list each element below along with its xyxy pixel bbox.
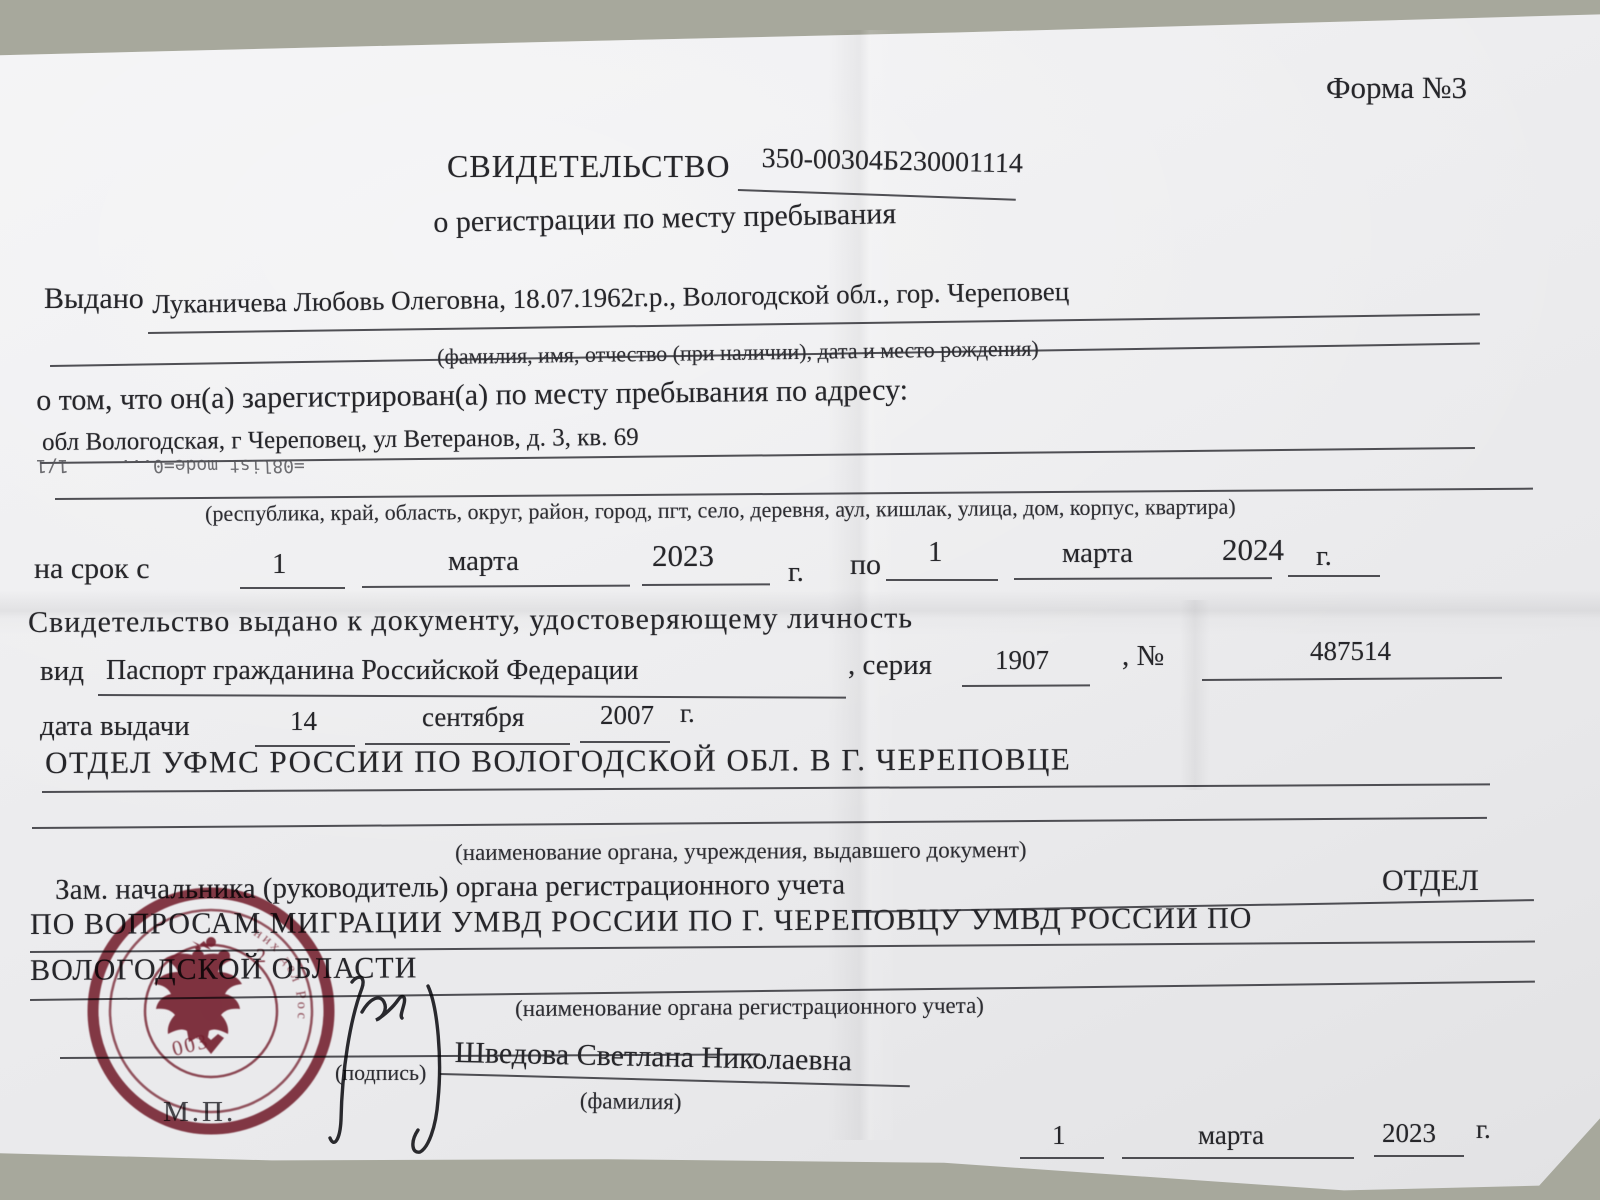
photo-background: Форма №3 СВИДЕТЕЛЬСТВО 350-00304Б2300011… (0, 0, 1600, 1200)
stamp-digit: 2 (256, 945, 266, 967)
blank-line (886, 578, 998, 581)
period-from-month: марта (448, 545, 519, 578)
stamp-code: 003 (169, 1028, 211, 1060)
period-to-month: марта (1062, 537, 1133, 570)
period-to-year: 2024 (1222, 532, 1284, 568)
blank-line (1122, 1156, 1354, 1159)
handwritten-signature (300, 950, 500, 1180)
issued-to-label: Выдано (44, 282, 144, 316)
doc-number-label: , № (1122, 640, 1164, 673)
issuing-authority: ОТДЕЛ УФМС РОССИИ ПО ВОЛОГОДСКОЙ ОБЛ. В … (45, 741, 1071, 781)
doc-series-label: , серия (848, 649, 932, 682)
identity-statement: Свидетельство выдано к документу, удосто… (28, 601, 913, 640)
period-to-year-suffix: г. (1316, 540, 1332, 573)
period-from-label: на срок с (34, 552, 150, 586)
printer-artifact-text: =08list mode=0... (120, 455, 305, 476)
period-to-label: по (850, 548, 881, 582)
official-name-caption: (фамилия) (580, 1088, 682, 1115)
printer-artifact: =08list mode=0... 1/1 (36, 455, 305, 476)
issue-year: 2007 (600, 700, 654, 731)
document-title: СВИДЕТЕЛЬСТВО (447, 148, 730, 185)
period-from-day: 1 (272, 548, 287, 581)
signature-stroke (330, 977, 363, 1142)
bottom-date-year: 2023 (1382, 1118, 1436, 1149)
period-from-year: 2023 (652, 538, 714, 574)
signature-stroke (362, 997, 405, 1020)
doc-kind-label: вид (40, 655, 84, 688)
page-marker: 1/1 (36, 455, 69, 476)
signature-stroke (413, 986, 440, 1152)
issue-month: сентября (422, 702, 524, 733)
reg-authority-caption: (наименование органа регистрационного уч… (515, 993, 984, 1022)
blank-line (1020, 1156, 1104, 1159)
certificate-number: 350-00304Б230001114 (761, 143, 1023, 180)
issuing-authority-caption: (наименование органа, учреждения, выдавш… (455, 837, 1027, 866)
doc-kind-value: Паспорт гражданина Российской Федерации (106, 655, 638, 687)
doc-number-value: 487514 (1310, 636, 1391, 667)
blank-line (240, 586, 345, 589)
small-crease (1180, 600, 1210, 790)
bottom-date-month: марта (1198, 1120, 1264, 1151)
blank-line (1288, 574, 1380, 577)
bottom-date-suffix: г. (1476, 1114, 1491, 1145)
form-label: Форма №3 (1326, 70, 1467, 106)
issue-date-label: дата выдачи (40, 710, 190, 743)
bottom-date-day: 1 (1052, 1120, 1066, 1151)
authority-name-line1: ОТДЕЛ (1382, 864, 1479, 898)
blank-line (1374, 1154, 1464, 1157)
period-from-year-suffix: г. (788, 556, 804, 589)
issue-year-suffix: г. (680, 698, 695, 729)
registration-address: обл Вологодская, г Череповец, ул Ветеран… (42, 424, 639, 457)
period-to-day: 1 (928, 536, 943, 569)
doc-series-value: 1907 (995, 645, 1049, 676)
issue-day: 14 (290, 706, 317, 737)
